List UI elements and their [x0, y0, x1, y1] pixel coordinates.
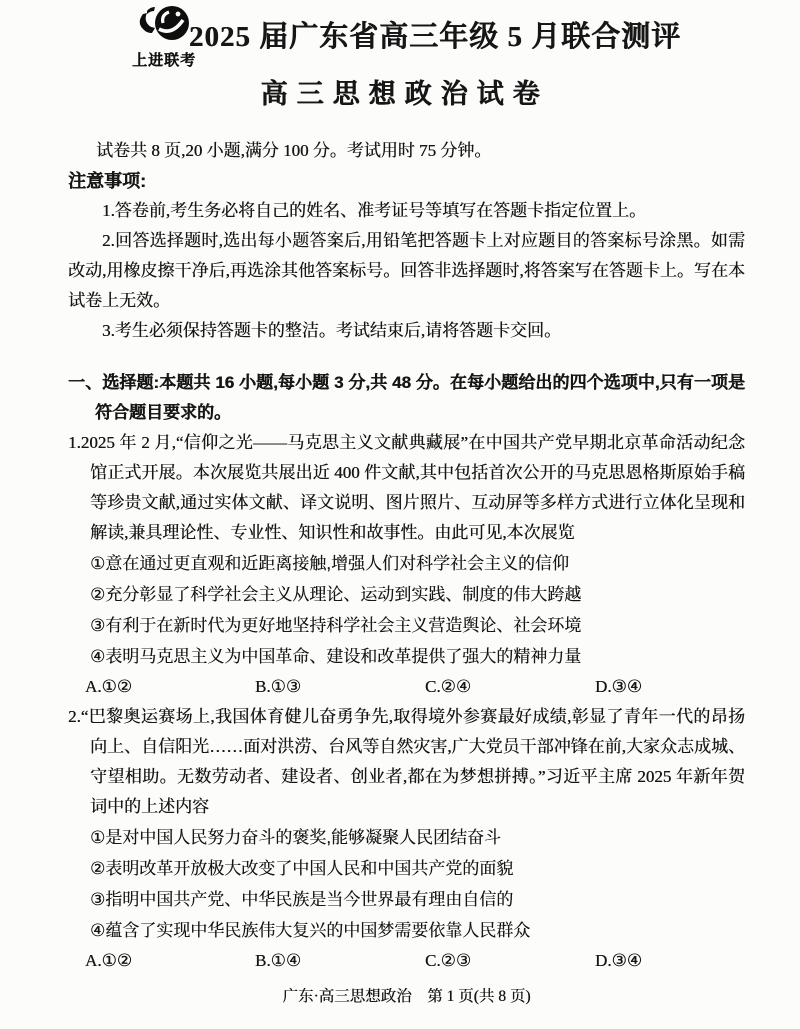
option-b: B.①④ — [255, 946, 425, 976]
statement-2: ②表明改革开放极大改变了中国人民和中国共产党的面貌 — [90, 853, 745, 884]
brand-block: 上进联考 — [126, 2, 202, 70]
statement-2: ②充分彰显了科学社会主义从理论、运动到实践、制度的伟大跨越 — [90, 579, 745, 610]
statement-4: ④蕴含了实现中华民族伟大复兴的中国梦需要依靠人民群众 — [90, 915, 745, 946]
statement-3: ③有利于在新时代为更好地坚持科学社会主义营造舆论、社会环境 — [90, 610, 745, 641]
option-c: C.②④ — [425, 672, 595, 702]
question-1-options: A.①② B.①③ C.②④ D.③④ — [85, 672, 745, 702]
notice-item-1: 1.答卷前,考生务必将自己的姓名、准考证号等填写在答题卡指定位置上。 — [68, 196, 745, 226]
brand-name-label: 上进联考 — [126, 49, 202, 70]
option-b: B.①③ — [255, 672, 425, 702]
option-d: D.③④ — [595, 946, 765, 976]
option-a: A.①② — [85, 672, 255, 702]
page-footer: 广东·高三思想政治 第 1 页(共 8 页) — [68, 984, 745, 1010]
section-one-heading: 一、选择题:本题共 16 小题,每小题 3 分,共 48 分。在每小题给出的四个… — [68, 368, 745, 428]
question-2-statements: ①是对中国人民努力奋斗的褒奖,能够凝聚人民团结奋斗 ②表明改革开放极大改变了中国… — [68, 822, 745, 946]
paper-body: 试卷共 8 页,20 小题,满分 100 分。考试用时 75 分钟。 注意事项:… — [0, 136, 800, 1010]
notice-item-2: 2.回答选择题时,选出每小题答案后,用铅笔把答题卡上对应题目的答案标号涂黑。如需… — [68, 226, 745, 316]
statement-1: ①意在通过更直观和近距离接触,增强人们对科学社会主义的信仰 — [90, 548, 745, 579]
question-1-stem: 1.2025 年 2 月,“信仰之光——马克思主义文献典藏展”在中国共产党早期北… — [68, 428, 745, 548]
question-2-options: A.①② B.①④ C.②③ D.③④ — [85, 946, 745, 976]
question-1-statements: ①意在通过更直观和近距离接触,增强人们对科学社会主义的信仰 ②充分彰显了科学社会… — [68, 548, 745, 672]
question-2: 2.“巴黎奥运赛场上,我国体育健儿奋勇争先,取得境外参赛最好成绩,彰显了青年一代… — [68, 702, 745, 976]
paper-subtitle: 高三思想政治试卷 — [0, 72, 800, 111]
notice-heading: 注意事项: — [68, 166, 745, 196]
option-c: C.②③ — [425, 946, 595, 976]
notice-section: 注意事项: 1.答卷前,考生务必将自己的姓名、准考证号等填写在答题卡指定位置上。… — [68, 166, 745, 346]
question-2-stem: 2.“巴黎奥运赛场上,我国体育健儿奋勇争先,取得境外参赛最好成绩,彰显了青年一代… — [68, 702, 745, 822]
option-d: D.③④ — [595, 672, 765, 702]
brand-logo-icon — [133, 2, 195, 48]
notice-item-3: 3.考生必须保持答题卡的整洁。考试结束后,请将答题卡交回。 — [68, 316, 745, 346]
exam-paper-page: 上进联考 2025 届广东省高三年级 5 月联合测评 高三思想政治试卷 试卷共 … — [0, 0, 800, 1029]
paper-title: 2025 届广东省高三年级 5 月联合测评 — [0, 0, 800, 55]
statement-3: ③指明中国共产党、中华民族是当今世界最有理由自信的 — [90, 884, 745, 915]
statement-4: ④表明马克思主义为中国革命、建设和改革提供了强大的精神力量 — [90, 641, 745, 672]
option-a: A.①② — [85, 946, 255, 976]
paper-header: 上进联考 2025 届广东省高三年级 5 月联合测评 高三思想政治试卷 — [0, 0, 800, 118]
paper-meta-line: 试卷共 8 页,20 小题,满分 100 分。考试用时 75 分钟。 — [68, 136, 745, 166]
question-1: 1.2025 年 2 月,“信仰之光——马克思主义文献典藏展”在中国共产党早期北… — [68, 428, 745, 702]
statement-1: ①是对中国人民努力奋斗的褒奖,能够凝聚人民团结奋斗 — [90, 822, 745, 853]
